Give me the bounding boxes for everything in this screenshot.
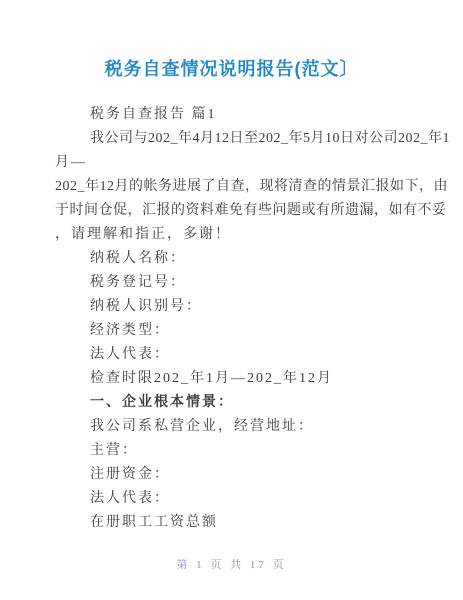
doc-line: 202_年12月的帐务进展了自查，现将清查的情景汇报如下，由 (55, 175, 413, 199)
document-page: 税务自查情况说明报告(范文〕 税务自查报告 篇1 我公司与202_年4月12日至… (0, 0, 463, 600)
document-body: 税务自查报告 篇1 我公司与202_年4月12日至202_年5月10日对公司20… (55, 103, 413, 535)
doc-line-registered-capital: 注册资金： (55, 463, 413, 487)
doc-line-legal-rep-2: 法人代表： (55, 487, 413, 511)
doc-line-section-label: 税务自查报告 篇1 (55, 103, 413, 127)
page-number-footer: 第 1 页 共 17 页 (0, 556, 463, 572)
doc-line-taxpayer-name: 纳税人名称： (55, 247, 413, 271)
doc-line: 我公司与202_年4月12日至202_年5月10日对公司202_年1 (55, 127, 413, 151)
document-title: 税务自查情况说明报告(范文〕 (0, 55, 463, 81)
doc-line-main-business: 主营： (55, 439, 413, 463)
doc-line: ，请理解和指正，多谢！ (55, 223, 413, 247)
doc-line-company-type: 我公司系私营企业，经营地址： (55, 415, 413, 439)
doc-line: 月— (55, 151, 413, 175)
doc-line-tax-reg-number: 税务登记号： (55, 271, 413, 295)
doc-line-inspection-period: 检查时限202_年1月—202_年12月 (55, 367, 413, 391)
doc-heading-company-basics: 一、企业根本情景： (55, 391, 413, 415)
doc-line: 于时间仓促，汇报的资料难免有些问题或有所遗漏，如有不妥 (55, 199, 413, 223)
doc-line-payroll-total: 在册职工工资总额 (55, 511, 413, 535)
doc-line-taxpayer-id: 纳税人识别号： (55, 295, 413, 319)
doc-line-legal-rep: 法人代表： (55, 343, 413, 367)
doc-line-economic-type: 经济类型： (55, 319, 413, 343)
